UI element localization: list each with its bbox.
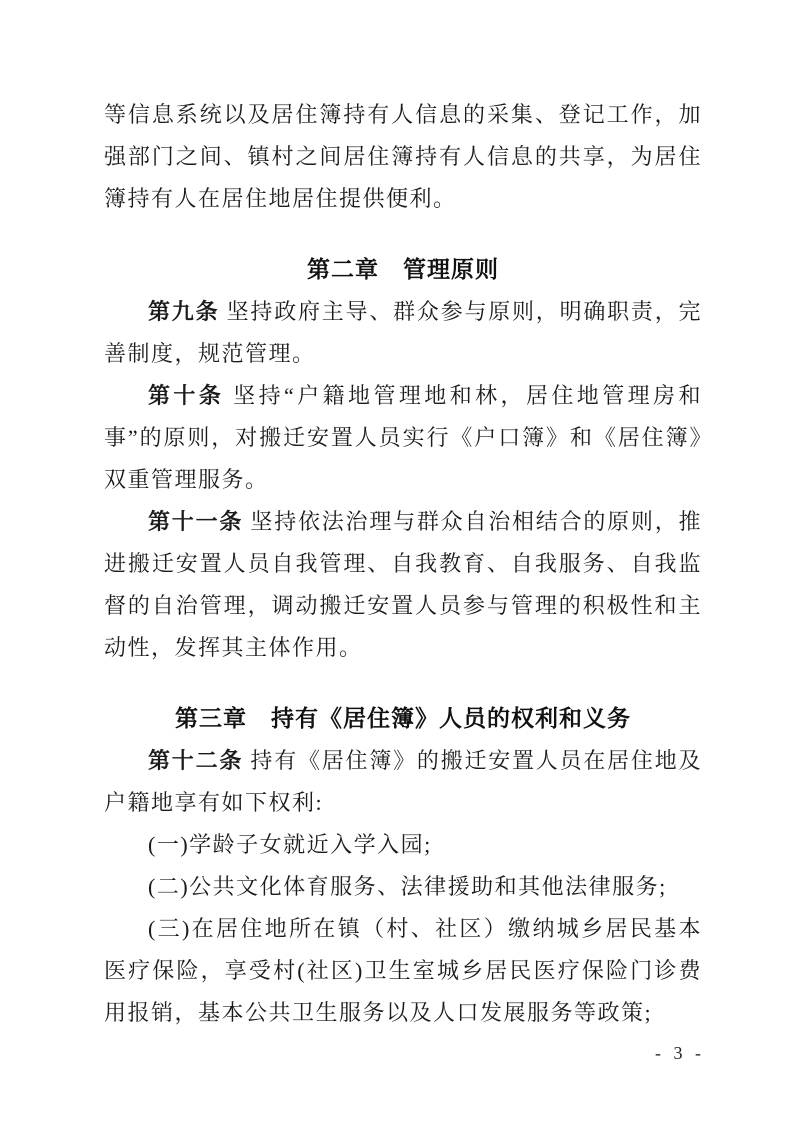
rights-item-2: (二)公共文化体育服务、法律援助和其他法律服务; xyxy=(104,866,702,908)
article-11: 第十一条 坚持依法治理与群众自治相结合的原则，推进搬迁安置人员自我管理、自我教育… xyxy=(104,501,702,669)
document-body: 等信息系统以及居住簿持有人信息的采集、登记工作，加强部门之间、镇村之间居住簿持有… xyxy=(104,94,702,1034)
article-number: 第十二条 xyxy=(148,748,243,773)
document-page: 等信息系统以及居住簿持有人信息的采集、登记工作，加强部门之间、镇村之间居住簿持有… xyxy=(0,0,793,1122)
article-number: 第十条 xyxy=(148,383,224,408)
article-number: 第十一条 xyxy=(148,509,243,534)
article-10: 第十条 坚持“户籍地管理地和林，居住地管理房和事”的原则，对搬迁安置人员实行《户… xyxy=(104,375,702,501)
rights-item-1: (一)学龄子女就近入学入园; xyxy=(104,824,702,866)
article-9: 第九条 坚持政府主导、群众参与原则，明确职责，完善制度，规范管理。 xyxy=(104,291,702,375)
paragraph-text: (一)学龄子女就近入学入园; xyxy=(148,832,432,857)
paragraph-text: (二)公共文化体育服务、法律援助和其他法律服务; xyxy=(148,874,667,899)
chapter-3-heading: 第三章 持有《居住簿》人员的权利和义务 xyxy=(104,696,702,740)
rights-item-3: (三)在居住地所在镇（村、社区）缴纳城乡居民基本医疗保险，享受村(社区)卫生室城… xyxy=(104,908,702,1034)
intro-continuation-paragraph: 等信息系统以及居住簿持有人信息的采集、登记工作，加强部门之间、镇村之间居住簿持有… xyxy=(104,94,702,220)
paragraph-text: (三)在居住地所在镇（村、社区）缴纳城乡居民基本医疗保险，享受村(社区)卫生室城… xyxy=(104,916,702,1025)
page-number: - 3 - xyxy=(655,1043,705,1064)
article-number: 第九条 xyxy=(148,299,219,324)
chapter-2-heading: 第二章 管理原则 xyxy=(104,247,702,291)
paragraph-text: 等信息系统以及居住簿持有人信息的采集、登记工作，加强部门之间、镇村之间居住簿持有… xyxy=(104,102,702,211)
article-12: 第十二条 持有《居住簿》的搬迁安置人员在居住地及户籍地享有如下权利: xyxy=(104,740,702,824)
